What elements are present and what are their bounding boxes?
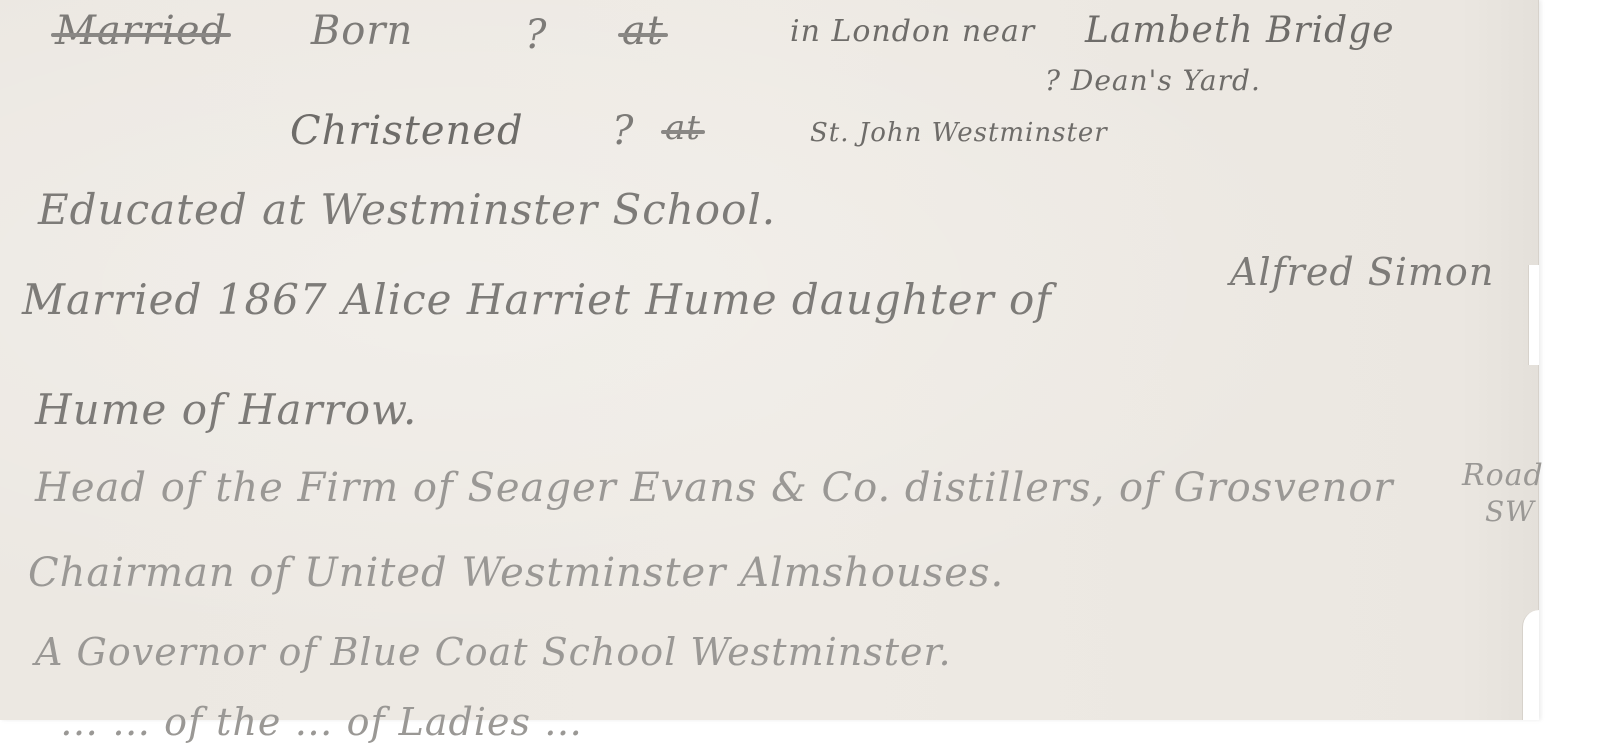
married-name: Alfred Simon <box>1230 250 1494 294</box>
chairman-line: Chairman of United Westminster Almshouse… <box>28 550 1004 596</box>
born-line-struck-word: Married Born <box>55 8 413 54</box>
born-label: Born <box>311 8 413 54</box>
married-continuation: Hume of Harrow. <box>35 385 417 434</box>
struck-word: at <box>622 8 664 54</box>
born-struck-word-2: at <box>622 8 664 54</box>
educated-line: Educated at Westminster School. <box>38 185 776 234</box>
partial-last-line: … … of the … of Ladies … <box>60 700 583 720</box>
christened-question-mark: ? <box>612 108 634 154</box>
paper-torn-edge <box>1528 265 1539 365</box>
struck-word: Married <box>55 8 227 54</box>
born-annotation: ? Dean's Yard. <box>1045 64 1261 97</box>
christened-struck-word: at <box>665 108 701 148</box>
governor-line: A Governor of Blue Coat School Westminst… <box>35 630 952 674</box>
manuscript-paper: Married Born ? at in London near Lambeth… <box>0 0 1539 720</box>
paper-torn-edge-lower <box>1522 610 1539 720</box>
christened-place: St. John Westminster <box>810 118 1108 148</box>
head-of-firm-line: Head of the Firm of Seager Evans & Co. d… <box>35 465 1394 511</box>
born-question-mark: ? <box>525 12 547 58</box>
head-of-firm-postcode: SW <box>1485 495 1535 528</box>
christened-label: Christened <box>290 108 524 154</box>
scanned-page: Married Born ? at in London near Lambeth… <box>0 0 1600 720</box>
born-place: in London near <box>790 14 1035 49</box>
head-of-firm-road: Road <box>1462 458 1544 493</box>
married-line: Married 1867 Alice Harriet Hume daughter… <box>22 275 1052 324</box>
struck-word: at <box>665 108 701 148</box>
born-place-bridge: Lambeth Bridge <box>1085 10 1395 51</box>
